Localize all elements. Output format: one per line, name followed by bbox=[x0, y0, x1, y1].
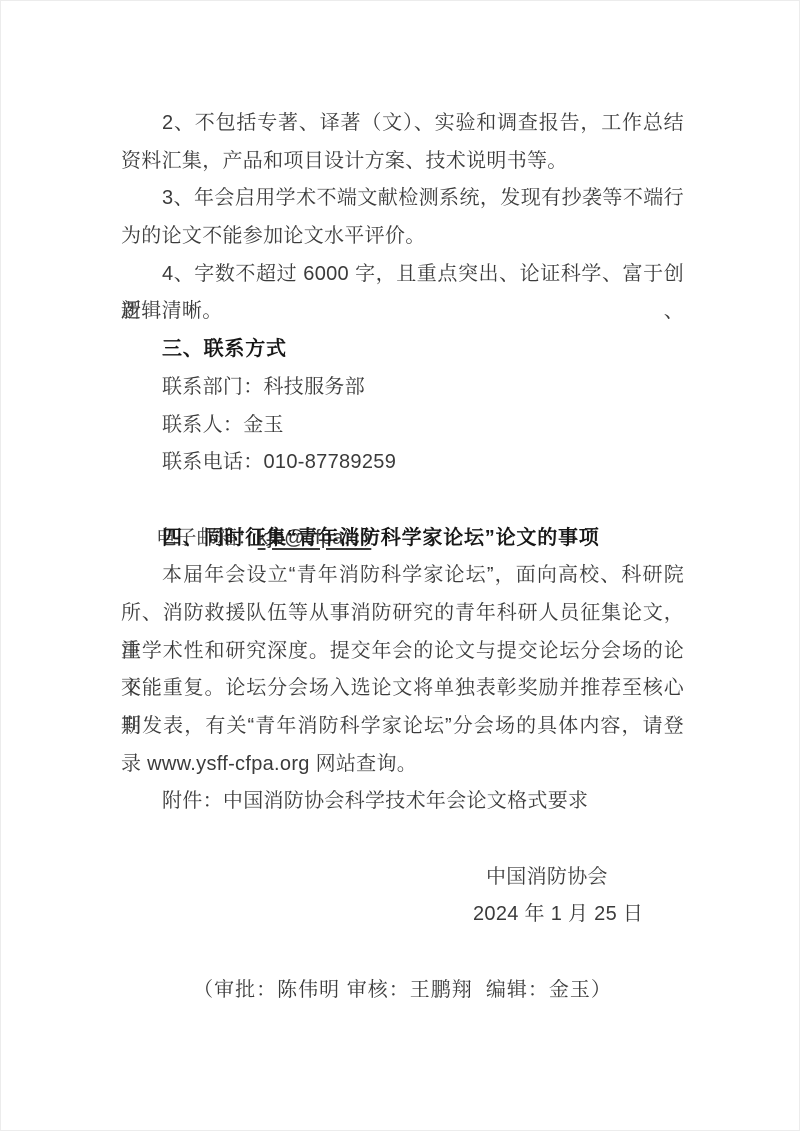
body-line: 资料汇集，产品和项目设计方案、技术说明书等。 bbox=[121, 143, 684, 181]
body-line: 本届年会设立“青年消防科学家论坛”，面向高校、科研院 bbox=[121, 557, 684, 595]
document-page: 2、不包括专著、译著（文）、实验和调查报告，工作总结 资料汇集，产品和项目设计方… bbox=[0, 0, 800, 1131]
contact-email-line: 电子邮箱：kjb@cfpa.cn bbox=[121, 482, 684, 520]
body-line: 刊发表，有关“青年消防科学家论坛”分会场的具体内容，请登 bbox=[121, 708, 684, 746]
contact-person-line: 联系人：金玉 bbox=[121, 407, 684, 445]
body-line: 不能重复。论坛分会场入选论文将单独表彰奖励并推荐至核心期 bbox=[121, 670, 684, 708]
body-line: 2、不包括专著、译著（文）、实验和调查报告，工作总结 bbox=[121, 105, 684, 143]
signature-org: 中国消防协会 bbox=[121, 859, 684, 897]
credits-line: （审批：陈伟明 审核：王鹏翔 编辑：金玉） bbox=[121, 972, 684, 1010]
section-heading-contact: 三、联系方式 bbox=[121, 331, 684, 369]
body-line: 所、消防救援队伍等从事消防研究的青年科研人员征集论文，注 bbox=[121, 595, 684, 633]
contact-department-line: 联系部门：科技服务部 bbox=[121, 369, 684, 407]
body-line: 为的论文不能参加论文水平评价。 bbox=[121, 218, 684, 256]
signature-date: 2024 年 1 月 25 日 bbox=[121, 896, 684, 934]
body-line: 录 www.ysff-cfpa.org 网站查询。 bbox=[121, 746, 684, 784]
attachment-line: 附件：中国消防协会科学技术年会论文格式要求 bbox=[121, 783, 684, 821]
spacer bbox=[121, 934, 684, 972]
contact-phone-line: 联系电话：010-87789259 bbox=[121, 444, 684, 482]
body-line: 3、年会启用学术不端文献检测系统，发现有抄袭等不端行 bbox=[121, 180, 684, 218]
body-line: 4、字数不超过 6000 字，且重点突出、论证科学、富于创新、 bbox=[121, 256, 684, 294]
body-line: 重学术性和研究深度。提交年会的论文与提交论坛分会场的论文 bbox=[121, 633, 684, 671]
document-content: 2、不包括专著、译著（文）、实验和调查报告，工作总结 资料汇集，产品和项目设计方… bbox=[121, 105, 684, 1010]
spacer bbox=[121, 821, 684, 859]
section-heading-forum: 四、同时征集“青年消防科学家论坛”论文的事项 bbox=[121, 520, 684, 558]
